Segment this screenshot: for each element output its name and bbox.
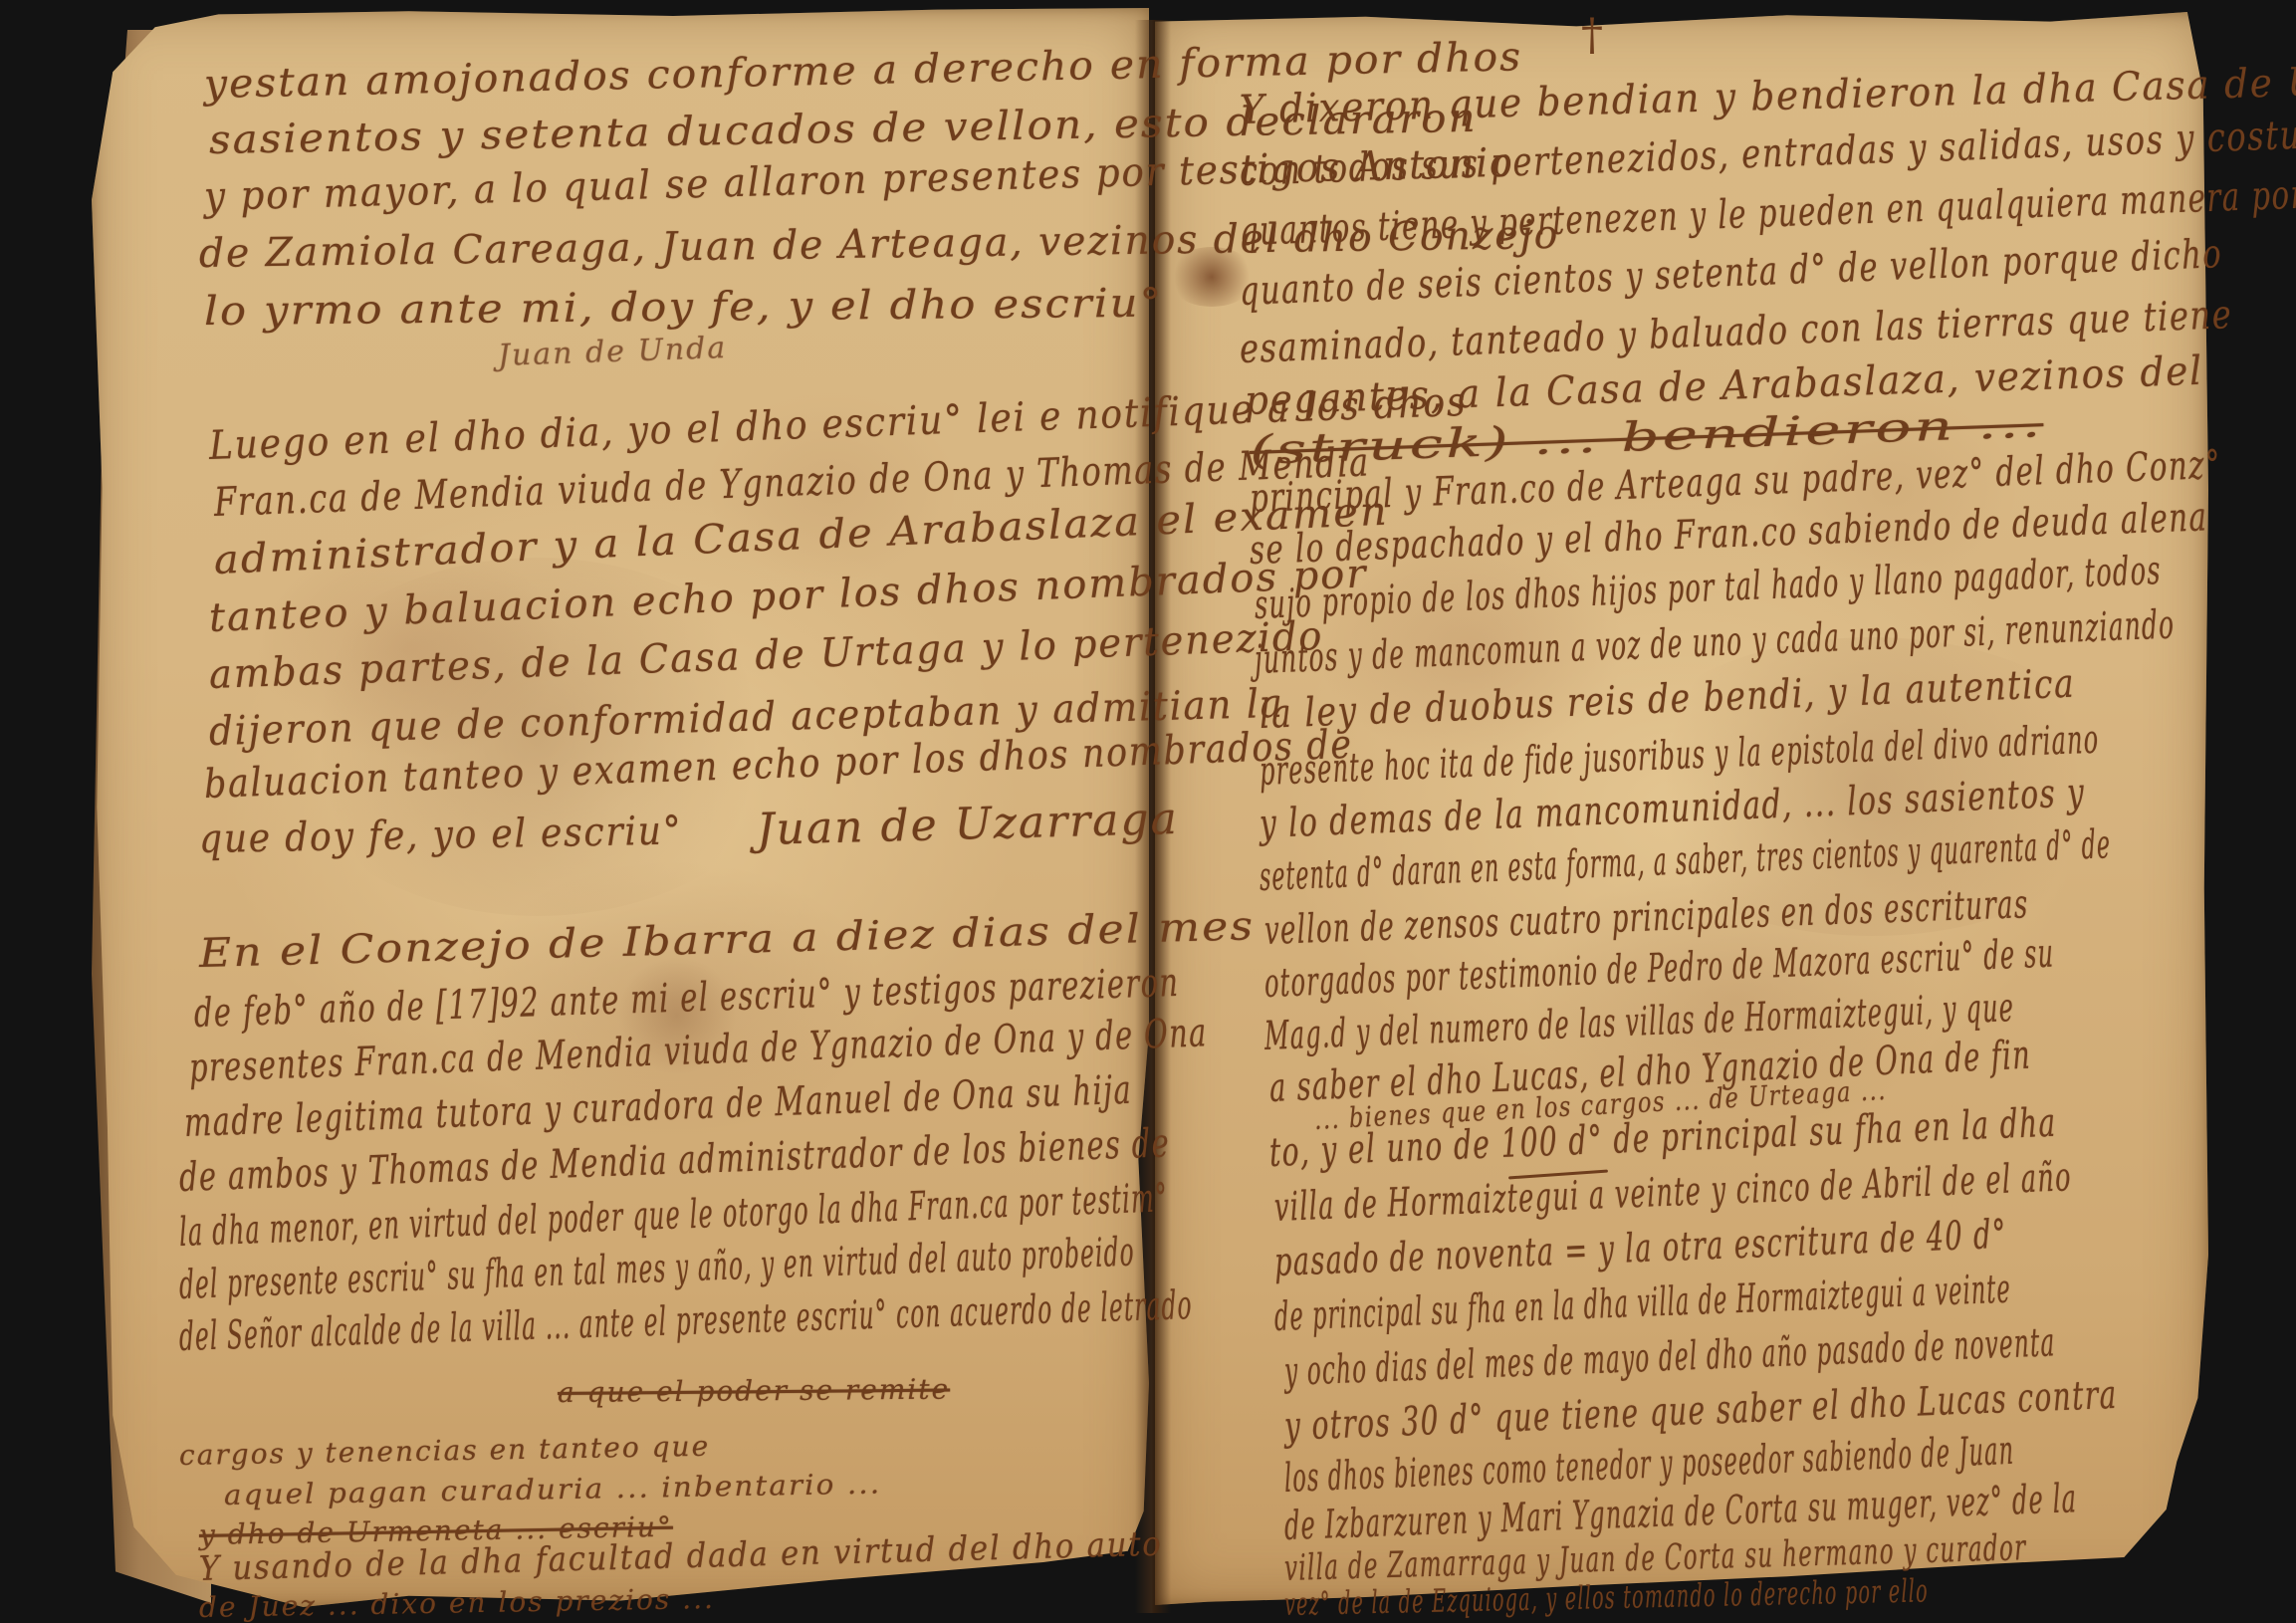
left-line-13: que doy fe, yo el escriu°: [199, 809, 683, 862]
left-line-5: lo yrmo ante mi, doy fe, y el dho escriu…: [204, 281, 1164, 335]
manuscript-scan: yestan amojonados conforme a derecho en …: [0, 0, 2296, 1623]
cross-mark-icon: †: [1581, 10, 1603, 61]
left-struck-line-1: a que el poder se remite: [558, 1373, 950, 1409]
